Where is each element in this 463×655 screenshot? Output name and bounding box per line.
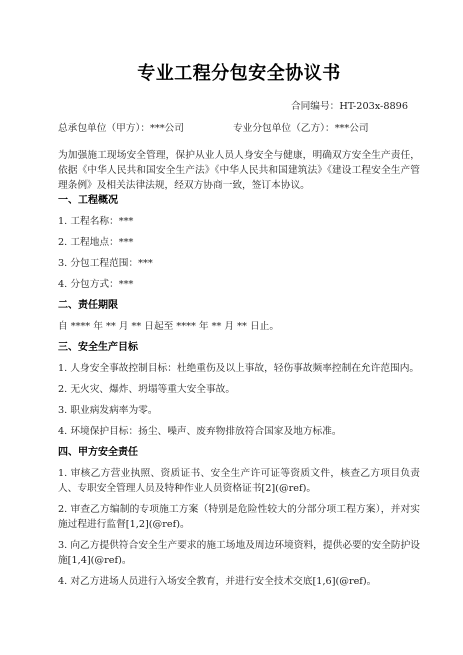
party-a-general-contractor: 总承包单位（甲方）：***公司 [58,122,233,135]
section-3-item-1: 1. 人身安全事故控制目标：杜绝重伤及以上事故，轻伤事故频率控制在允许范围内。 [58,361,420,376]
section-1-item-2: 2. 工程地点：*** [58,235,420,250]
section-1-item-3: 3. 分包工程范围：*** [58,256,420,271]
contract-number-label: 合同编号： [291,101,339,112]
contract-number-value: HT-203x-8896 [339,101,408,112]
section-4-item-4: 4. 对乙方进场人员进行入场安全教育，并进行安全技术交底[1,6](@ref)。 [58,574,420,589]
document-page: 专业工程分包安全协议书 合同编号：HT-203x-8896 总承包单位（甲方）：… [0,0,463,655]
section-4-heading: 四、甲方安全责任 [58,445,420,460]
section-3-item-4: 4. 环境保护目标：扬尘、噪声、废弃物排放符合国家及地方标准。 [58,424,420,439]
preamble-paragraph: 为加强施工现场安全管理，保护从业人员人身安全与健康，明确双方安全生产责任，依据《… [58,148,420,193]
section-3-item-3: 3. 职业病发病率为零。 [58,403,420,418]
section-1-item-1: 1. 工程名称：*** [58,214,420,229]
section-4-item-3: 3. 向乙方提供符合安全生产要求的施工场地及周边环境资料，提供必要的安全防护设施… [58,538,420,568]
document-title: 专业工程分包安全协议书 [58,62,420,86]
section-4-item-2: 2. 审查乙方编制的专项施工方案（特别是危险性较大的分部分项工程方案），并对实施… [58,502,420,532]
section-3-item-2: 2. 无火灾、爆炸、坍塌等重大安全事故。 [58,382,420,397]
section-2-item-1: 自 **** 年 ** 月 ** 日起至 **** 年 ** 月 ** 日止。 [58,319,420,334]
parties-line: 总承包单位（甲方）：***公司 专业分包单位（乙方）：***公司 [58,122,420,135]
section-3-heading: 三、安全生产目标 [58,340,420,355]
section-2-heading: 二、责任期限 [58,298,420,313]
section-4-item-1: 1. 审核乙方营业执照、资质证书、安全生产许可证等资质文件，核查乙方项目负责人、… [58,466,420,496]
contract-number-line: 合同编号：HT-203x-8896 [58,100,408,113]
section-1-item-4: 4. 分包方式：*** [58,277,420,292]
party-b-subcontractor: 专业分包单位（乙方）：***公司 [233,122,420,135]
section-1-heading: 一、工程概况 [58,193,420,208]
